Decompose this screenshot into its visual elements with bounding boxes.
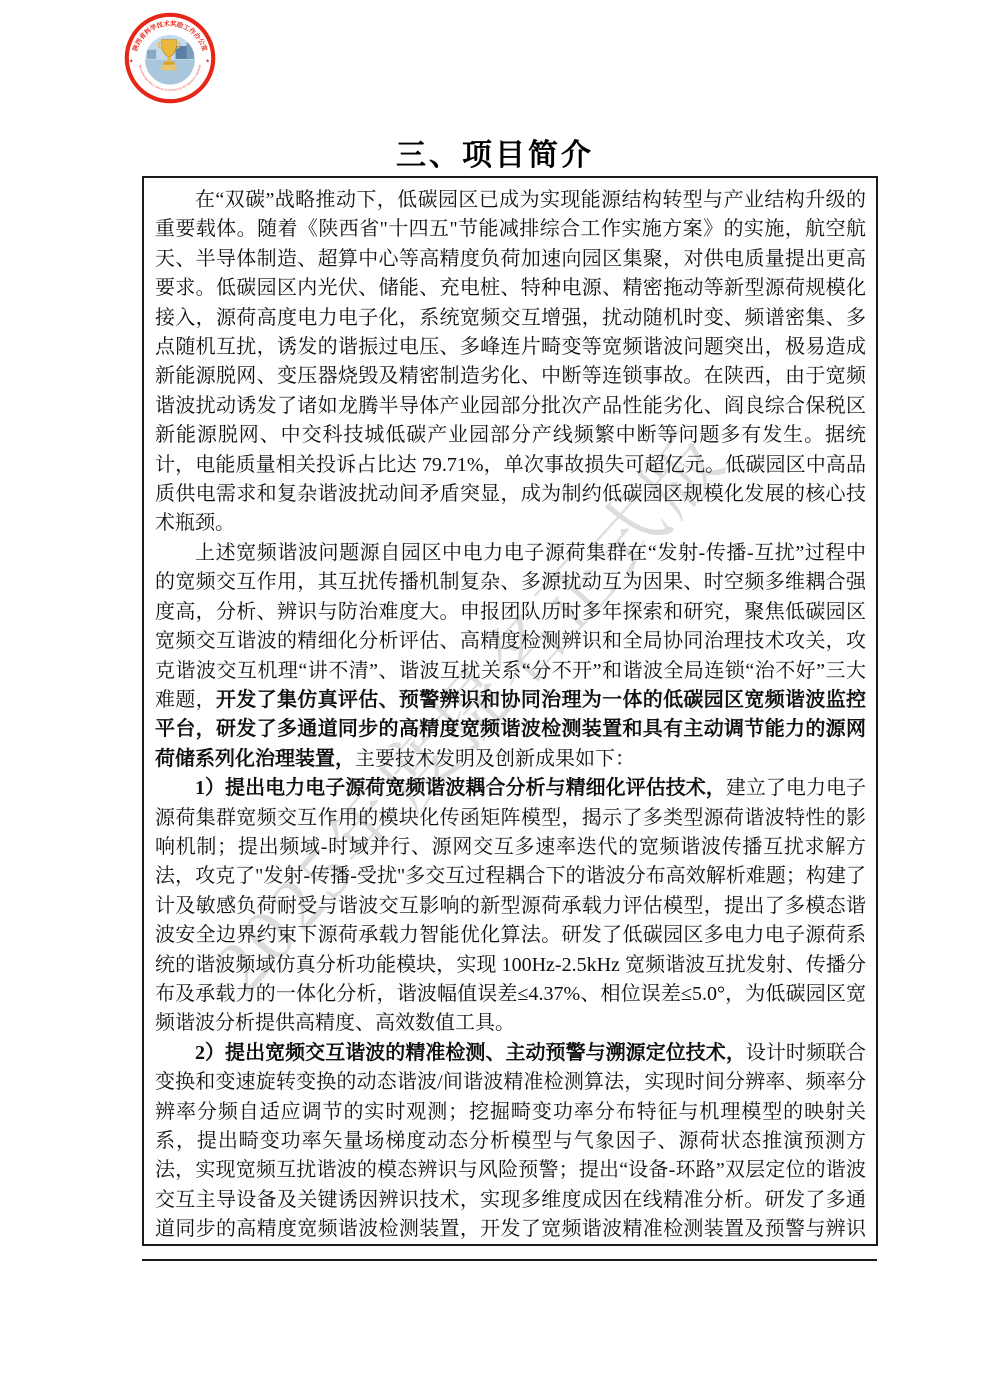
paragraph-text-segment: 上述宽频谐波问题源自园区中电力电子源荷集群在“发射-传播-互扰”过程中的宽频交互…: [155, 542, 866, 711]
paragraph-text-segment: 主要技术发明及创新成果如下：: [355, 748, 635, 770]
star-icon: ★: [205, 59, 210, 65]
paragraph-text-segment: 设计时频联合变换和变速旋转变换的动态谐波/间谐波精准检测算法，实现时间分辨率、频…: [155, 1042, 866, 1246]
seal-svg: 陕西省科学技术奖励工作办公室 SHAANXI PROVINCE OFFICE O…: [124, 12, 216, 104]
star-icon: ★: [129, 59, 134, 65]
paragraph-bold-segment: 2）提出宽频交互谐波的精准检测、主动预警与溯源定位技术，: [195, 1042, 746, 1064]
content-border-box: 在“双碳”战略推动下，低碳园区已成为实现能源结构转型与产业结构升级的重要载体。随…: [142, 176, 878, 1246]
document-page: 陕西省科学技术奖励工作办公室 SHAANXI PROVINCE OFFICE O…: [0, 0, 990, 1399]
body-paragraphs: 在“双碳”战略推动下，低碳园区已成为实现能源结构转型与产业结构升级的重要载体。随…: [155, 186, 866, 1246]
table-row-divider: [142, 1259, 877, 1261]
paragraph: 1）提出电力电子源荷宽频谐波耦合分析与精细化评估技术，建立了电力电子源荷集群宽频…: [155, 774, 866, 1039]
paragraph-text-segment: 建立了电力电子源荷集群宽频交互作用的模块化传函矩阵模型，揭示了多类型源荷谐波特性…: [155, 777, 866, 1034]
paragraph-bold-segment: 1）提出电力电子源荷宽频谐波耦合分析与精细化评估技术，: [195, 777, 726, 799]
paragraph-text-segment: 在“双碳”战略推动下，低碳园区已成为实现能源结构转型与产业结构升级的重要载体。随…: [155, 189, 866, 534]
paragraph: 上述宽频谐波问题源自园区中电力电子源荷集群在“发射-传播-互扰”过程中的宽频交互…: [155, 539, 866, 774]
paragraph: 在“双碳”战略推动下，低碳园区已成为实现能源结构转型与产业结构升级的重要载体。随…: [155, 186, 866, 539]
paragraph: 2）提出宽频交互谐波的精准检测、主动预警与溯源定位技术，设计时频联合变换和变速旋…: [155, 1039, 866, 1246]
page-title: 三、项目简介: [0, 130, 990, 174]
org-seal-logo: 陕西省科学技术奖励工作办公室 SHAANXI PROVINCE OFFICE O…: [124, 12, 216, 104]
